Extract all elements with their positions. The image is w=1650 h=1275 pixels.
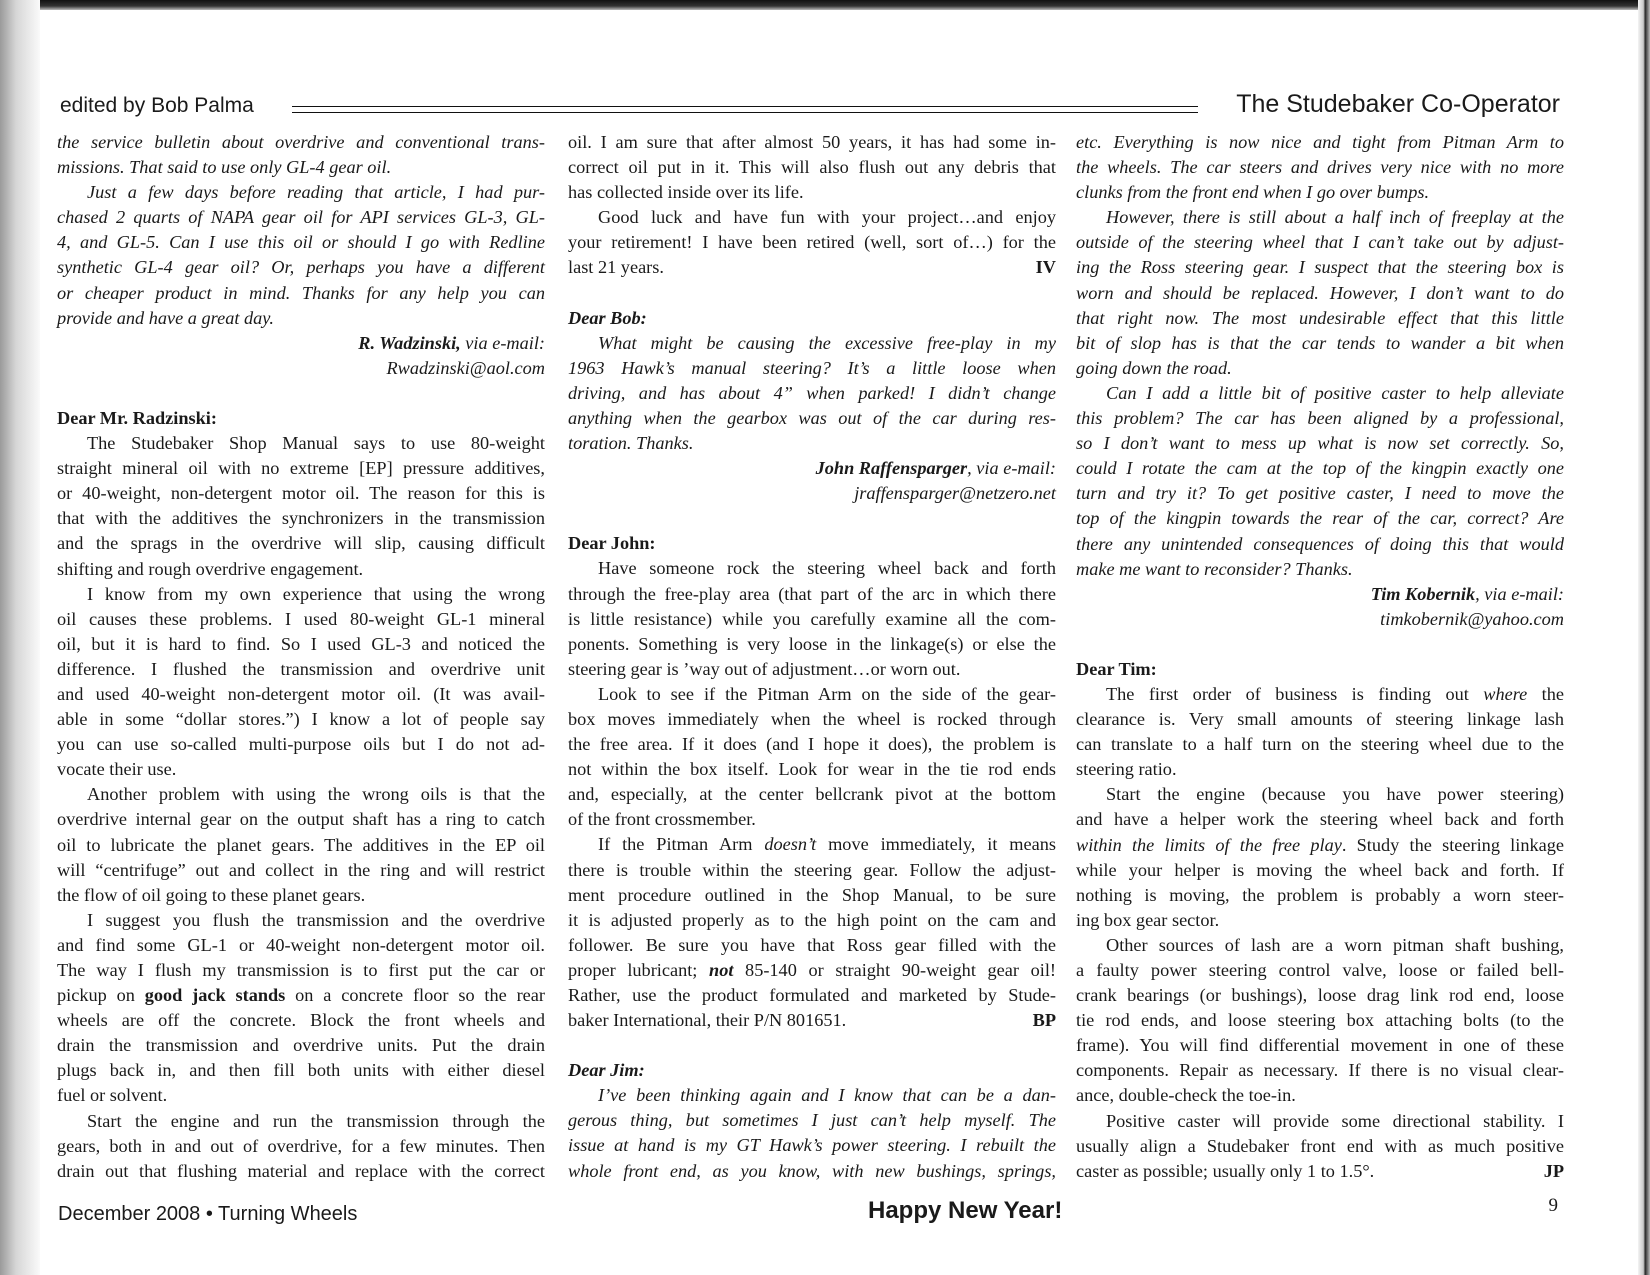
text-line: is little resistance) while you carefull… (568, 607, 1056, 632)
text-segment: doesn’t (764, 834, 816, 854)
text-line: Positive caster will provide some direct… (1076, 1109, 1564, 1134)
text-line: shifting and rough overdrive engagement. (57, 557, 545, 582)
text-line: anything when the gearbox was out of the… (568, 406, 1056, 431)
text-line: this problem? The car has been aligned b… (1076, 406, 1564, 431)
text-line: and, especially, at the center bellcrank… (568, 782, 1056, 807)
text-line: within the limits of the free play. Stud… (1076, 833, 1564, 858)
text-line: there any unintended consequences of doi… (1076, 532, 1564, 557)
column-title: The Studebaker Co-Operator (1236, 90, 1560, 119)
text-line: tie rod ends, and loose steering box att… (1076, 1008, 1564, 1033)
text-line: nothing is moving, the problem is probab… (1076, 883, 1564, 908)
signature-name: John Raffensparger (816, 458, 968, 478)
text-line: pickup on good jack stands on a concrete… (57, 983, 545, 1008)
text-line: box moves immediately when the wheel is … (568, 707, 1056, 732)
text-line: chased 2 quarts of NAPA gear oil for API… (57, 205, 545, 230)
text-line: going down the road. (1076, 356, 1564, 381)
text-line: and have a helper work the steering whee… (1076, 807, 1564, 832)
editor-credit: edited by Bob Palma (60, 94, 254, 118)
text-line: etc. Everything is now nice and tight fr… (1076, 130, 1564, 155)
text-line: synthetic GL-4 gear oil? Or, perhaps you… (57, 255, 545, 280)
text-line: The way I flush my transmission is to fi… (57, 958, 545, 983)
text-line: Look to see if the Pitman Arm on the sid… (568, 682, 1056, 707)
text-segment: within the limits of the free play (1076, 835, 1342, 855)
text-segment: proper lubricant; (568, 960, 709, 980)
text-line: and the sprags in the overdrive will sli… (57, 531, 545, 556)
responder-initials: BP (1033, 1008, 1056, 1033)
page-header: edited by Bob Palma The Studebaker Co-Op… (60, 94, 1560, 124)
text-line: of the front crossmember. (568, 807, 1056, 832)
text-line: Start the engine (because you have power… (1076, 782, 1564, 807)
issue-info: December 2008 • Turning Wheels (58, 1203, 357, 1226)
text-line: and find some GL-1 or 40-weight non-dete… (57, 933, 545, 958)
text-line: proper lubricant; not 85-140 or straight… (568, 958, 1056, 983)
column-2: oil. I am sure that after almost 50 year… (568, 130, 1056, 1184)
text-line: Start the engine and run the transmissio… (57, 1109, 545, 1134)
text-line: the flow of oil going to these planet ge… (57, 883, 545, 908)
text-line: Another problem with using the wrong oil… (57, 782, 545, 807)
text-segment: If the Pitman Arm (598, 834, 764, 854)
text-line: not within the box itself. Look for wear… (568, 757, 1056, 782)
text-segment: The first order of business is finding o… (1106, 684, 1483, 704)
text-line: gerous thing, but sometimes I just can’t… (568, 1108, 1056, 1133)
text-line: missions. That said to use only GL-4 gea… (57, 155, 545, 180)
closing-line: baker International, their P/N 801651.BP (568, 1008, 1056, 1033)
text-line: whole front end, as you know, with new b… (568, 1159, 1056, 1184)
text-line: has collected inside over its life. (568, 180, 1056, 205)
salutation: Dear Bob: (568, 306, 1056, 331)
page-footer: December 2008 • Turning Wheels Happy New… (58, 1203, 1558, 1233)
text-line: your retirement! I have been retired (we… (568, 230, 1056, 255)
text-line: able in some “dollar stores.”) I know a … (57, 707, 545, 732)
text-line: components. Repair as necessary. If ther… (1076, 1058, 1564, 1083)
text-line: can translate to a half turn on the stee… (1076, 732, 1564, 757)
text-line: the wheels. The car steers and drives ve… (1076, 155, 1564, 180)
text-line: Rather, use the product formulated and m… (568, 983, 1056, 1008)
text-line: clearance is. Very small amounts of stee… (1076, 707, 1564, 732)
text-line: or 40-weight, non-detergent motor oil. T… (57, 481, 545, 506)
signature-via: , via e-mail: (1475, 584, 1564, 604)
text-line: worn and should be replaced. However, I … (1076, 281, 1564, 306)
footer-banner: Happy New Year! (868, 1197, 1062, 1225)
text-line: ance, double-check the toe-in. (1076, 1083, 1564, 1108)
text-segment: where (1483, 684, 1527, 704)
closing-text: caster as possible; usually only 1 to 1.… (1076, 1159, 1374, 1184)
text-line: crank bearings (or bushings), loose drag… (1076, 983, 1564, 1008)
text-line: turn and try it? To get positive caster,… (1076, 481, 1564, 506)
text-line: However, there is still about a half inc… (1076, 205, 1564, 230)
text-segment: not (709, 960, 733, 980)
text-line: so I don’t want to mess up what is now s… (1076, 431, 1564, 456)
signature-via: , via e-mail: (967, 458, 1056, 478)
text-segment: pickup on (57, 985, 145, 1005)
signature-name: R. Wadzinski, (358, 333, 460, 353)
text-segment: the (1527, 684, 1564, 704)
text-line: make me want to reconsider? Thanks. (1076, 557, 1564, 582)
text-line: drain the transmission and overdrive uni… (57, 1033, 545, 1058)
paragraph-gap (57, 381, 545, 406)
text-line: vocate their use. (57, 757, 545, 782)
text-segment: 85-140 or straight 90-weight gear oil! (733, 960, 1056, 980)
paragraph-gap (1076, 632, 1564, 657)
signature-name: Tim Kobernik (1371, 584, 1475, 604)
text-line: will “centrifuge” out and collect in the… (57, 858, 545, 883)
text-line: frame). You will find differential movem… (1076, 1033, 1564, 1058)
text-line: or cheaper product in mind. Thanks for a… (57, 281, 545, 306)
signature-line: John Raffensparger, via e-mail: (568, 456, 1056, 481)
text-line: issue at hand is my GT Hawk’s power stee… (568, 1133, 1056, 1158)
text-line: correct oil put in it. This will also fl… (568, 155, 1056, 180)
text-line: 1963 Hawk’s manual steering? It’s a litt… (568, 356, 1056, 381)
text-line: while your helper is moving the wheel ba… (1076, 858, 1564, 883)
responder-initials: IV (1036, 255, 1056, 280)
text-line: straight mineral oil with no extreme [EP… (57, 456, 545, 481)
text-line: it is adjusted properly as to the high p… (568, 908, 1056, 933)
text-line: Have someone rock the steering wheel bac… (568, 556, 1056, 581)
scan-edge-top (0, 0, 1650, 10)
text-line: that right now. The most undesirable eff… (1076, 306, 1564, 331)
text-line: oil causes these problems. I used 80-wei… (57, 607, 545, 632)
text-line: plugs back in, and then fill both units … (57, 1058, 545, 1083)
text-line: ing box gear sector. (1076, 908, 1564, 933)
text-line: drain out that flushing material and rep… (57, 1159, 545, 1184)
text-line: gears, both in and out of overdrive, for… (57, 1134, 545, 1159)
text-segment: on a concrete floor so the rear (285, 985, 545, 1005)
signature-via: via e-mail: (461, 333, 545, 353)
column-3: etc. Everything is now nice and tight fr… (1076, 130, 1564, 1184)
text-line: oil to lubricate the planet gears. The a… (57, 833, 545, 858)
text-line: difference. I flushed the transmission a… (57, 657, 545, 682)
text-line: Just a few days before reading that arti… (57, 180, 545, 205)
text-line: that with the additives the synchronizer… (57, 506, 545, 531)
header-double-rule (292, 106, 1198, 113)
text-line: ing the Ross steering gear. I suspect th… (1076, 255, 1564, 280)
text-line: 4, and GL-5. Can I use this oil or shoul… (57, 230, 545, 255)
text-line: steering gear is ’way out of adjustment…… (568, 657, 1056, 682)
signature-line: R. Wadzinski, via e-mail: (57, 331, 545, 356)
text-line: oil, but it is hard to find. So I used G… (57, 632, 545, 657)
text-line: ponents. Something is very loose in the … (568, 632, 1056, 657)
text-line: I suggest you flush the transmission and… (57, 908, 545, 933)
text-line: top of the kingpin towards the rear of t… (1076, 506, 1564, 531)
text-line: Good luck and have fun with your project… (568, 205, 1056, 230)
text-line: and used 40-weight non-detergent motor o… (57, 682, 545, 707)
text-line: the service bulletin about overdrive and… (57, 130, 545, 155)
text-line: oil. I am sure that after almost 50 year… (568, 130, 1056, 155)
text-segment: . Study the steering linkage (1342, 835, 1564, 855)
signature-email: jraffensparger@netzero.net (568, 481, 1056, 506)
text-line: through the free-play area (that part of… (568, 582, 1056, 607)
text-line: driving, and has about 4” when parked! I… (568, 381, 1056, 406)
paragraph-gap (568, 506, 1056, 531)
text-line: wheels are off the concrete. Block the f… (57, 1008, 545, 1033)
signature-line: Tim Kobernik, via e-mail: (1076, 582, 1564, 607)
scan-edge-left (0, 0, 40, 1275)
salutation: Dear Tim: (1076, 657, 1564, 682)
text-line: usually align a Studebaker front end wit… (1076, 1134, 1564, 1159)
text-line: The Studebaker Shop Manual says to use 8… (57, 431, 545, 456)
page-number: 9 (1549, 1195, 1559, 1217)
closing-text: baker International, their P/N 801651. (568, 1008, 846, 1033)
text-line: there is trouble within the steering gea… (568, 858, 1056, 883)
text-line: could I rotate the cam at the top of the… (1076, 456, 1564, 481)
text-line: follower. Be sure you have that Ross gea… (568, 933, 1056, 958)
text-line: I know from my own experience that using… (57, 582, 545, 607)
text-line: provide and have a great day. (57, 306, 545, 331)
text-line: overdrive internal gear on the output sh… (57, 807, 545, 832)
text-line: If the Pitman Arm doesn’t move immediate… (568, 832, 1056, 857)
text-line: outside of the steering wheel that I can… (1076, 230, 1564, 255)
text-line: fuel or solvent. (57, 1083, 545, 1108)
closing-line: last 21 years.IV (568, 255, 1056, 280)
paragraph-gap (568, 281, 1056, 306)
text-line: bit of slop has is that the car tends to… (1076, 331, 1564, 356)
text-segment: good jack stands (145, 985, 286, 1005)
closing-line: caster as possible; usually only 1 to 1.… (1076, 1159, 1564, 1184)
paragraph-gap (568, 1033, 1056, 1058)
text-line: The first order of business is finding o… (1076, 682, 1564, 707)
text-line: What might be causing the excessive free… (568, 331, 1056, 356)
signature-email: Rwadzinski@aol.com (57, 356, 545, 381)
text-line: ment procedure outlined in the Shop Manu… (568, 883, 1056, 908)
responder-initials: JP (1544, 1159, 1564, 1184)
text-line: I’ve been thinking again and I know that… (568, 1083, 1056, 1108)
salutation: Dear John: (568, 531, 1056, 556)
text-line: the free area. If it does (and I hope it… (568, 732, 1056, 757)
text-segment: move immediately, it means (816, 834, 1056, 854)
text-line: you can use so-called multi-purpose oils… (57, 732, 545, 757)
text-line: clunks from the front end when I go over… (1076, 180, 1564, 205)
salutation: Dear Jim: (568, 1058, 1056, 1083)
text-line: toration. Thanks. (568, 431, 1056, 456)
scan-edge-right (1638, 0, 1650, 1275)
text-line: Other sources of lash are a worn pitman … (1076, 933, 1564, 958)
column-1: the service bulletin about overdrive and… (57, 130, 545, 1184)
text-line: steering ratio. (1076, 757, 1564, 782)
salutation: Dear Mr. Radzinski: (57, 406, 545, 431)
text-line: a faulty power steering control valve, l… (1076, 958, 1564, 983)
text-line: Can I add a little bit of positive caste… (1076, 381, 1564, 406)
signature-email: timkobernik@yahoo.com (1076, 607, 1564, 632)
closing-text: last 21 years. (568, 255, 664, 280)
